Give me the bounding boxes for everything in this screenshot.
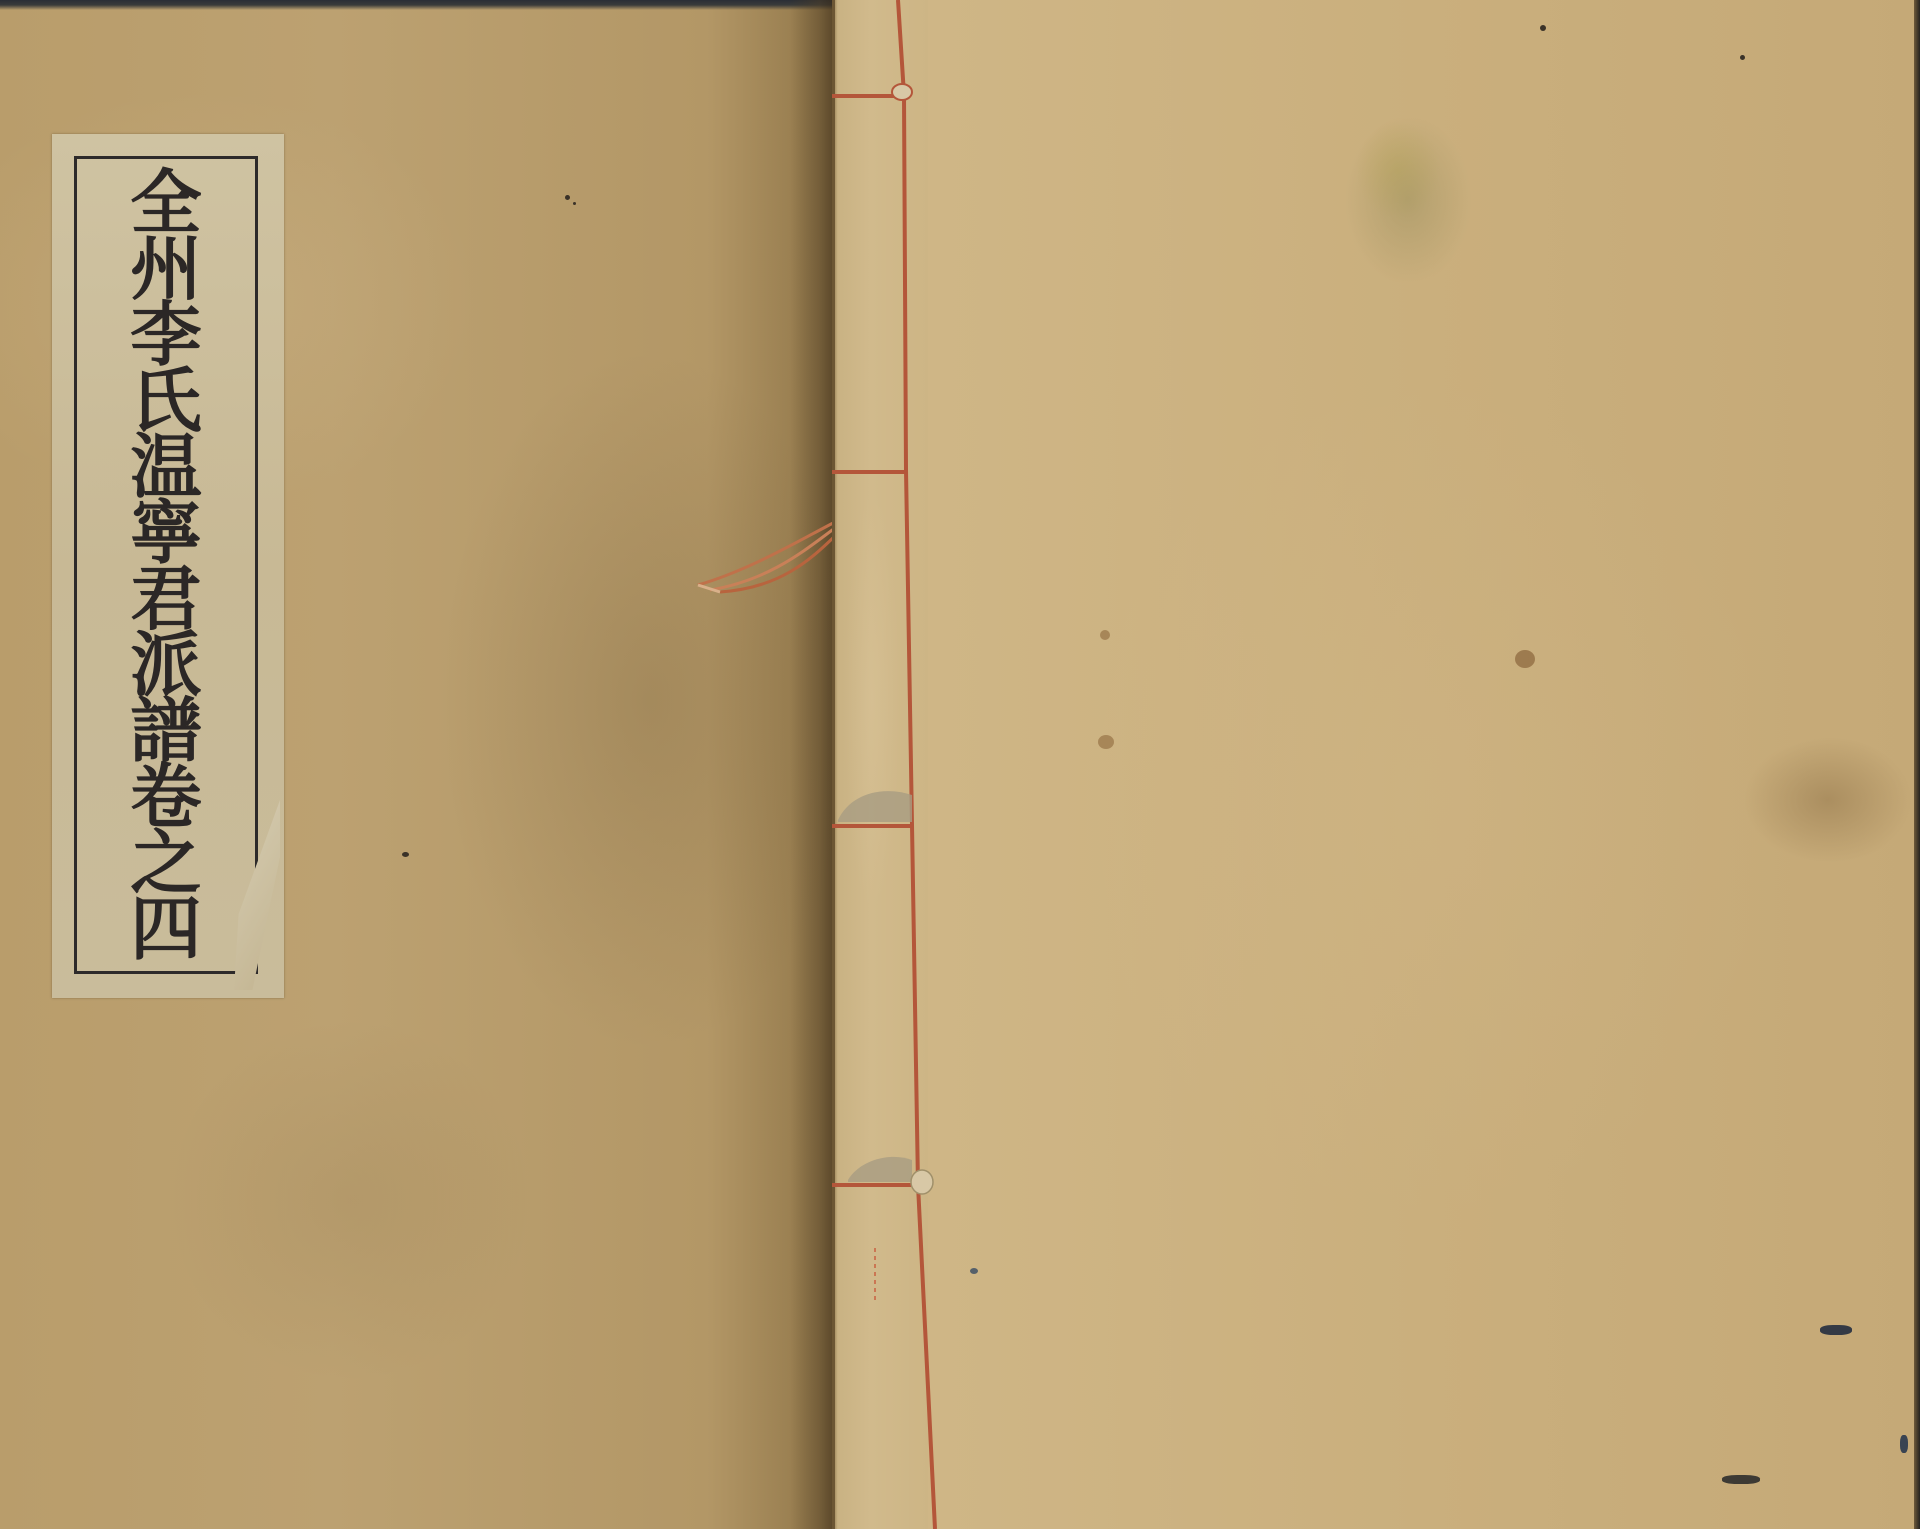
- speck: [402, 852, 409, 857]
- title-text: 全 州 李 氏 温 寧 君 派 譜 卷 之 四: [74, 164, 258, 964]
- speck: [970, 1268, 978, 1274]
- book-scan: 全 州 李 氏 温 寧 君 派 譜 卷 之 四: [0, 0, 1920, 1529]
- title-slip: 全 州 李 氏 温 寧 君 派 譜 卷 之 四: [52, 134, 284, 998]
- speck: [1820, 1325, 1852, 1335]
- speck: [1540, 25, 1546, 31]
- title-char: 四: [130, 896, 201, 962]
- speck: [1740, 55, 1745, 60]
- speck: [565, 195, 570, 200]
- stain: [1100, 630, 1110, 640]
- speck: [1900, 1435, 1908, 1453]
- speck: [573, 202, 576, 205]
- spine-edge: [832, 0, 835, 1529]
- right-edge: [1914, 0, 1920, 1529]
- stain: [1098, 735, 1114, 749]
- front-cover: [928, 0, 1916, 1529]
- speck: [1722, 1475, 1760, 1484]
- spine-strip: [832, 0, 928, 1529]
- left-page-gutter-shadow: [790, 0, 832, 1529]
- stain: [1515, 650, 1535, 668]
- top-edge-shadow: [0, 0, 832, 10]
- dangling-cord-icon: [690, 510, 835, 600]
